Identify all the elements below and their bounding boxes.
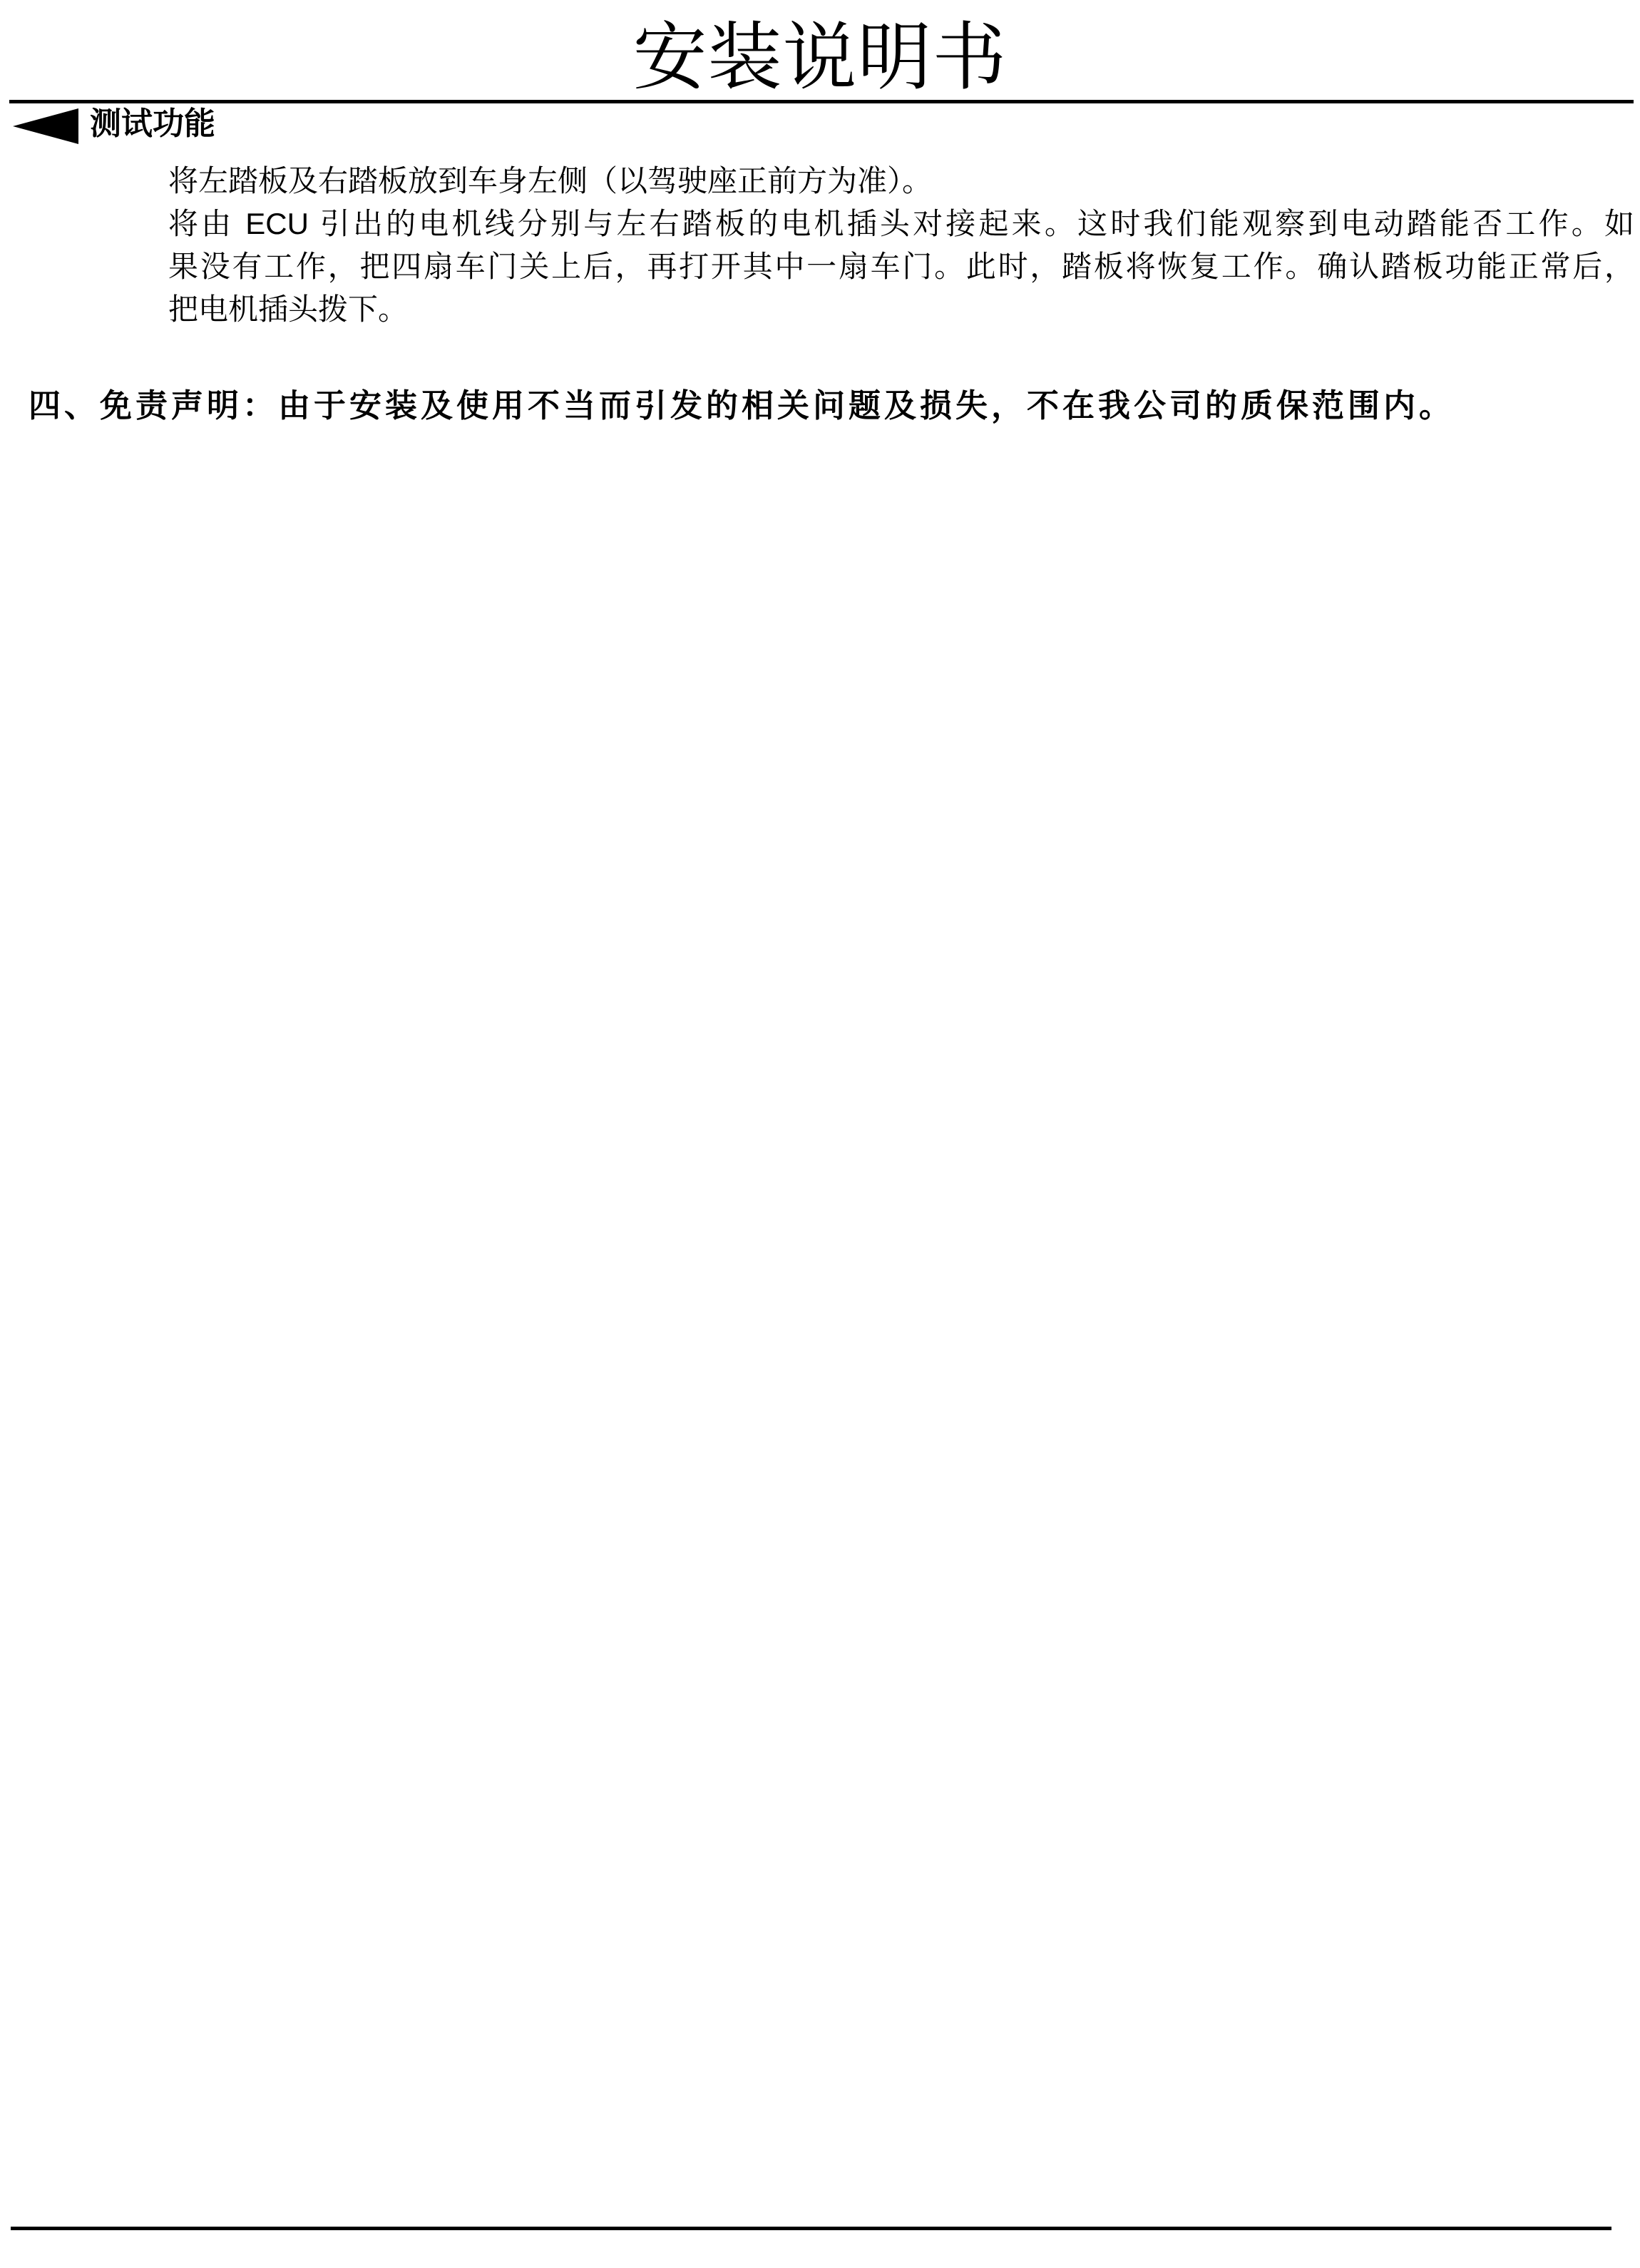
manual-page: 安装说明书 测试功能 将左踏板及右踏板放到车身左侧（以驾驶座正前方为准）。 将由… (0, 0, 1640, 2268)
paragraph-line: 将左踏板及右踏板放到车身左侧（以驾驶座正前方为准）。 (168, 160, 1634, 202)
paragraph-line: 将由 ECU 引出的电机线分别与左右踏板的电机插头对接起来。这时我们能观察到电动… (168, 203, 1634, 245)
footer-rule (11, 2227, 1611, 2230)
paragraph-line: 把电机插头拨下。 (168, 289, 1634, 330)
section-marker-triangle-icon (13, 108, 78, 144)
section-heading: 测试功能 (90, 106, 215, 143)
disclaimer-text: 四、免责声明：由于安装及使用不当而引发的相关问题及损失，不在我公司的质保范围内。 (29, 384, 1611, 428)
paragraph-line: 果没有工作，把四扇车门关上后，再打开其中一扇车门。此时，踏板将恢复工作。确认踏板… (168, 246, 1634, 287)
page-title: 安装说明书 (0, 0, 1640, 101)
title-divider-rule (9, 100, 1634, 103)
